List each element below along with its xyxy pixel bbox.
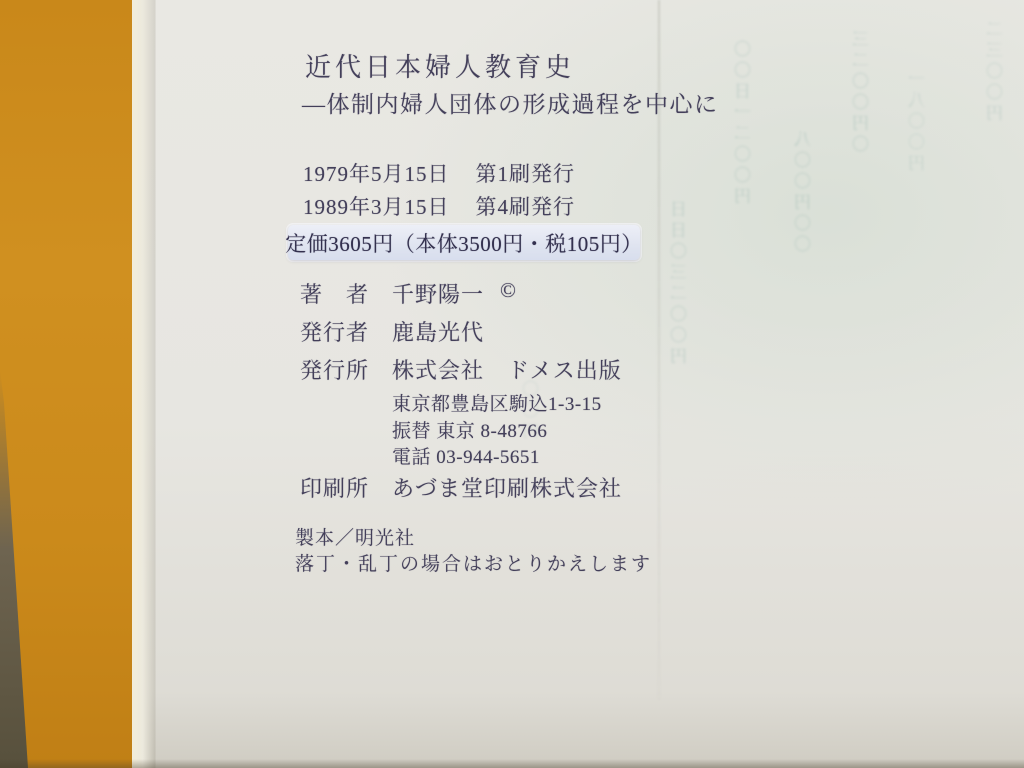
publisher-name: 鹿島光代 [392,316,484,347]
publisher-postal-transfer: 振替 東京 8-48766 [392,416,547,443]
price-sticker: 定価3605円（本体3500円・税105円） [288,225,640,260]
publisher-address: 東京都豊島区駒込1-3-15 [392,389,602,416]
copyright-icon: © [500,278,517,309]
printer-name: あづま堂印刷株式会社 [392,472,622,503]
printer-label: 印刷所 [300,472,392,503]
publisher-label: 発行者 [300,316,392,347]
printing-date: 1989年3月15日 [303,191,450,221]
publisher-phone: 電話 03-944-5651 [392,442,540,469]
page-edge-highlight [132,0,156,768]
publishing-office-label: 発行所 [300,354,392,385]
printer-row: 印刷所 あづま堂印刷株式会社 [300,472,622,503]
publishing-office-row: 発行所 株式会社 ドメス出版 [300,354,622,385]
book-colophon-photo: 日日〇三二〇〇円 〇〇日一二〇〇円 八〇〇円〇〇 三二〇〇円〇 一八〇〇円 二三… [0,0,1024,768]
printing-date: 1979年5月15日 [303,158,450,188]
publisher-row: 発行者 鹿島光代 [300,316,484,347]
printing-edition: 第4刷発行 [476,191,576,221]
author-name: 千野陽一 [392,278,484,309]
book-subtitle: ―体制内婦人団体の形成過程を中心に [302,86,719,119]
publishing-office-name: 株式会社 ドメス出版 [392,354,622,385]
binding-line: 製本／明光社 [295,523,415,550]
printing-edition: 第1刷発行 [476,158,576,188]
author-label: 著 者 [300,278,392,309]
book-title: 近代日本婦人教育史 [305,47,575,84]
defect-notice-line: 落丁・乱丁の場合はおとりかえします [295,549,652,576]
author-row: 著 者 千野陽一 © [300,278,517,309]
printing-line-first: 1979年5月15日 第1刷発行 [303,158,575,188]
price-text: 定価3605円（本体3500円・税105円） [285,228,643,258]
printing-line-fourth: 1989年3月15日 第4刷発行 [303,191,575,221]
